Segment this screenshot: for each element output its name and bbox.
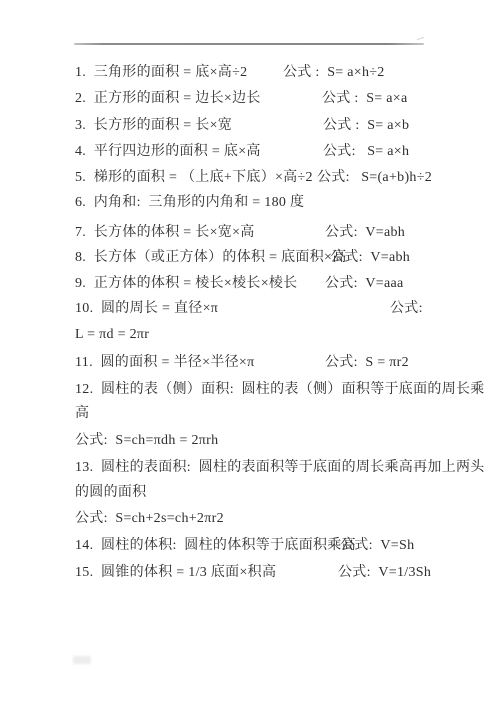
formula-text: 的圆的面积 <box>75 485 147 500</box>
formula-row-4: 4. 平行四边形的面积 = 底×高公式: S= a×h <box>0 139 500 165</box>
formula-row-3: 3. 长方形的面积 = 长×宽公式 : S= a×b <box>0 113 500 139</box>
document-page: 1. 三角形的面积 = 底×高÷2公式 : S= a×h÷2 2. 正方形的面积… <box>0 0 500 708</box>
formula-text: L = πd = 2πr <box>75 327 149 342</box>
formula-expression: 公式: V=abh <box>325 220 405 246</box>
formula-text: 13. 圆柱的表面积: 圆柱的表面积等于底面的周长乘高再加上两头 <box>75 460 485 475</box>
formula-row-6: 6. 内角和: 三角形的内角和 = 180 度 <box>0 190 500 216</box>
formula-row-14: 14. 圆柱的体积: 圆柱的体积等于底面积乘高公式: V=Sh <box>0 533 500 559</box>
formula-row-11: 11. 圆的面积 = 半径×半径×π公式: S = πr2 <box>0 350 500 376</box>
formula-expression: 公式: V=abh <box>330 245 410 271</box>
formula-text: 8. 长方体（或正方体）的体积 = 底面积×高 <box>75 250 347 265</box>
formula-expression: 公式: S = πr2 <box>325 350 409 376</box>
formula-row-12: 12. 圆柱的表（侧）面积: 圆柱的表（侧）面积等于底面的周长乘 <box>0 377 500 403</box>
formula-text: 公式: S=ch=πdh = 2πrh <box>75 433 218 448</box>
formula-row-8: 8. 长方体（或正方体）的体积 = 底面积×高公式: V=abh <box>0 245 500 271</box>
formula-expression: 公式 : S= a×b <box>323 113 409 139</box>
formula-text: 1. 三角形的面积 = 底×高÷2 <box>75 65 247 80</box>
formula-row-15: 15. 圆锥的体积 = 1/3 底面×积高公式: V=1/3Sh <box>0 560 500 586</box>
formula-text: 5. 梯形的面积 = （上底+下底）×高÷2 <box>75 170 313 185</box>
formula-text: 15. 圆锥的体积 = 1/3 底面×积高 <box>75 565 276 580</box>
divider-line <box>74 43 424 45</box>
formula-row-9: 9. 正方体的体积 = 棱长×棱长×棱长公式: V=aaa <box>0 271 500 297</box>
formula-row-10: 10. 圆的周长 = 直径×π公式: <box>0 296 500 322</box>
formula-row-12-continuation: 高 <box>0 401 500 427</box>
formula-row-7: 7. 长方体的体积 = 长×宽×高公式: V=abh <box>0 220 500 246</box>
formula-expression: 公式: V=aaa <box>325 271 404 297</box>
formula-expression: 公式: S= a×h <box>323 139 409 165</box>
formula-expression: 公式: V=1/3Sh <box>338 560 431 586</box>
formula-text: 4. 平行四边形的面积 = 底×高 <box>75 144 261 159</box>
formula-row-13-continuation: 的圆的面积 <box>0 480 500 506</box>
formula-row-12-formula: 公式: S=ch=πdh = 2πrh <box>0 428 500 454</box>
formula-text: 11. 圆的面积 = 半径×半径×π <box>75 355 254 370</box>
formula-row-2: 2. 正方形的面积 = 边长×边长公式 : S= a×a <box>0 86 500 112</box>
formula-text: 10. 圆的周长 = 直径×π <box>75 301 218 316</box>
scan-artifact <box>73 656 91 664</box>
formula-row-5: 5. 梯形的面积 = （上底+下底）×高÷2公式: S=(a+b)h÷2 <box>0 165 500 191</box>
formula-row-13-formula: 公式: S=ch+2s=ch+2πr2 <box>0 506 500 532</box>
formula-row-10-continuation: L = πd = 2πr <box>0 322 500 348</box>
formula-expression: 公式: V=Sh <box>340 533 414 559</box>
formula-text: 3. 长方形的面积 = 长×宽 <box>75 118 232 133</box>
formula-text: 公式: S=ch+2s=ch+2πr2 <box>75 511 224 526</box>
formula-expression: 公式 : S= a×h÷2 <box>283 60 385 86</box>
formula-expression: 公式: S=(a+b)h÷2 <box>317 165 432 191</box>
formula-text: 6. 内角和: 三角形的内角和 = 180 度 <box>75 195 304 210</box>
formula-text: 12. 圆柱的表（侧）面积: 圆柱的表（侧）面积等于底面的周长乘 <box>75 382 485 397</box>
formula-text: 高 <box>75 406 89 421</box>
formula-row-13: 13. 圆柱的表面积: 圆柱的表面积等于底面的周长乘高再加上两头 <box>0 455 500 481</box>
formula-expression: 公式 : S= a×a <box>322 86 408 112</box>
divider-tick-mark <box>417 37 424 40</box>
formula-row-1: 1. 三角形的面积 = 底×高÷2公式 : S= a×h÷2 <box>0 60 500 86</box>
formula-text: 2. 正方形的面积 = 边长×边长 <box>75 91 261 106</box>
formula-expression: 公式: <box>390 296 423 322</box>
formula-text: 14. 圆柱的体积: 圆柱的体积等于底面积乘高 <box>75 538 356 553</box>
formula-text: 9. 正方体的体积 = 棱长×棱长×棱长 <box>75 276 298 291</box>
formula-text: 7. 长方体的体积 = 长×宽×高 <box>75 225 255 240</box>
